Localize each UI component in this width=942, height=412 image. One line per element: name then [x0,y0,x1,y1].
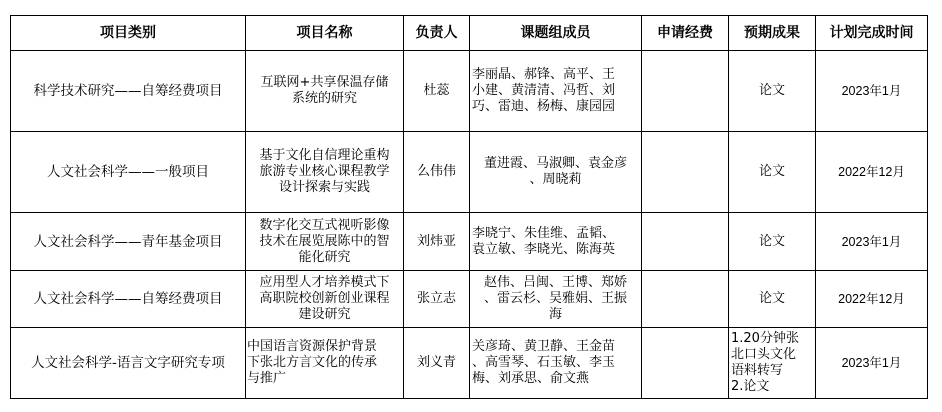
cell-leader: 么伟伟 [404,132,470,213]
name-line: 应用型人才培养模式下 [250,275,399,291]
cell-funding [642,213,729,271]
members-line: 梅、刘承思、俞文燕 [472,371,639,387]
cell-funding [642,132,729,213]
cell-members: 董进霞、马淑卿、袁金彦 、周晓莉 [470,132,642,213]
header-funding: 申请经费 [642,16,729,51]
cell-funding [642,328,729,399]
members-line: 赵伟、吕闽、王博、郑娇 [472,275,639,291]
outcome-line: 1.20分钟张 [731,331,813,347]
table-row: 科学技术研究——自筹经费项目 互联网+共享保温存储 系统的研究 杜蕊 李丽晶、郝… [11,51,928,132]
cell-outcome: 论文 [729,271,816,328]
cell-members: 李丽晶、郝锋、高平、王 小建、黄清清、冯哲、刘 巧、雷迪、杨梅、康园园 [470,51,642,132]
members-line: 、高雪琴、石玉敏、李玉 [472,355,639,371]
name-line: 与推广 [247,371,402,387]
name-line: 技术在展览展陈中的智 [250,234,399,250]
members-line: 关彦琦、黄卫静、王金苗 [472,339,639,355]
header-project-name: 项目名称 [246,16,404,51]
cell-category: 人文社会科学——青年基金项目 [11,213,246,271]
cell-members: 赵伟、吕闽、王博、郑娇 、雷云杉、吴雅娟、王振 海 [470,271,642,328]
cell-outcome: 论文 [729,213,816,271]
outcome-line: 北口头文化 [731,347,813,363]
members-line: 小建、黄清清、冯哲、刘 [472,83,639,99]
members-line: 李晓宁、朱佳维、孟韬、 [472,226,639,242]
cell-category: 科学技术研究——自筹经费项目 [11,51,246,132]
header-row: 项目类别 项目名称 负责人 课题组成员 申请经费 预期成果 计划完成时间 [11,16,928,51]
project-table: 项目类别 项目名称 负责人 课题组成员 申请经费 预期成果 计划完成时间 科学技… [10,15,928,399]
cell-category: 人文社会科学——一般项目 [11,132,246,213]
cell-completion: 2022年12月 [816,271,928,328]
name-line: 建设研究 [250,307,399,323]
name-line: 数字化交互式视听影像 [250,218,399,234]
members-line: 巧、雷迪、杨梅、康园园 [472,99,639,115]
cell-leader: 刘炜亚 [404,213,470,271]
cell-funding [642,271,729,328]
cell-leader: 张立志 [404,271,470,328]
cell-members: 李晓宁、朱佳维、孟韬、 袁立敏、李晓光、陈海英 [470,213,642,271]
name-line: 互联网+共享保温存储 [250,75,399,91]
cell-completion: 2023年1月 [816,213,928,271]
table-row: 人文社会科学——一般项目 基于文化自信理论重构 旅游专业核心课程教学 设计探索与… [11,132,928,213]
cell-members: 关彦琦、黄卫静、王金苗 、高雪琴、石玉敏、李玉 梅、刘承思、俞文燕 [470,328,642,399]
name-line: 基于文化自信理论重构 [250,148,399,164]
cell-outcome: 论文 [729,132,816,213]
cell-funding [642,51,729,132]
outcome-line: 语料转写 [731,363,813,379]
cell-project-name: 基于文化自信理论重构 旅游专业核心课程教学 设计探索与实践 [246,132,404,213]
members-line: 袁立敏、李晓光、陈海英 [472,242,639,258]
header-leader: 负责人 [404,16,470,51]
cell-leader: 刘义青 [404,328,470,399]
cell-completion: 2023年1月 [816,328,928,399]
cell-project-name: 中国语言资源保护背景 下张北方言文化的传承 与推广 [246,328,404,399]
table-row: 人文社会科学——自筹经费项目 应用型人才培养模式下 高职院校创新创业课程 建设研… [11,271,928,328]
cell-project-name: 互联网+共享保温存储 系统的研究 [246,51,404,132]
members-line: 、周晓莉 [472,172,639,188]
cell-outcome: 1.20分钟张 北口头文化 语料转写 2.论文 [729,328,816,399]
table-row: 人文社会科学-语言文字研究专项 中国语言资源保护背景 下张北方言文化的传承 与推… [11,328,928,399]
name-line: 中国语言资源保护背景 [247,339,402,355]
header-members: 课题组成员 [470,16,642,51]
members-line: 、雷云杉、吴雅娟、王振 [472,291,639,307]
cell-outcome: 论文 [729,51,816,132]
members-line: 李丽晶、郝锋、高平、王 [472,67,639,83]
header-category: 项目类别 [11,16,246,51]
name-line: 能化研究 [250,250,399,266]
members-line: 董进霞、马淑卿、袁金彦 [472,156,639,172]
table-row: 人文社会科学——青年基金项目 数字化交互式视听影像 技术在展览展陈中的智 能化研… [11,213,928,271]
cell-category: 人文社会科学——自筹经费项目 [11,271,246,328]
name-line: 旅游专业核心课程教学 [250,164,399,180]
name-line: 系统的研究 [250,91,399,107]
members-line: 海 [472,307,639,323]
outcome-line: 2.论文 [731,379,813,395]
name-line: 高职院校创新创业课程 [250,291,399,307]
name-line: 设计探索与实践 [250,180,399,196]
name-line: 下张北方言文化的传承 [247,355,402,371]
cell-project-name: 应用型人才培养模式下 高职院校创新创业课程 建设研究 [246,271,404,328]
cell-category: 人文社会科学-语言文字研究专项 [11,328,246,399]
cell-project-name: 数字化交互式视听影像 技术在展览展陈中的智 能化研究 [246,213,404,271]
cell-leader: 杜蕊 [404,51,470,132]
header-outcome: 预期成果 [729,16,816,51]
header-completion: 计划完成时间 [816,16,928,51]
cell-completion: 2023年1月 [816,51,928,132]
cell-completion: 2022年12月 [816,132,928,213]
